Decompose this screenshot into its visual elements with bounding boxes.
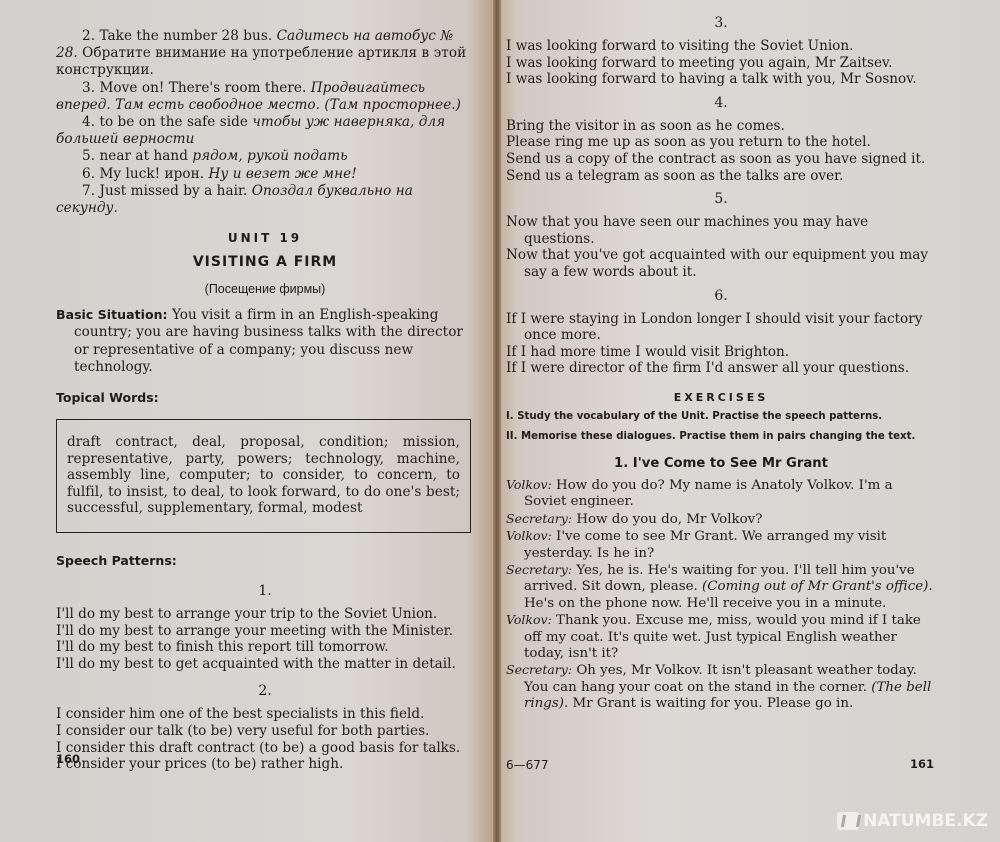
pattern-line: Please ring me up as soon as you return …	[506, 134, 936, 151]
topical-words-box: draft contract, deal, proposal, conditio…	[56, 419, 471, 533]
speech-pattern-group: 6. If I were staying in London longer I …	[506, 287, 936, 377]
topical-words-heading: Topical Words:	[56, 390, 474, 405]
pattern-line: I'll do my best to get acquainted with t…	[56, 656, 474, 673]
basic-situation-label: Basic Situation:	[56, 307, 168, 322]
pattern-line: I consider your prices (to be) rather hi…	[56, 756, 474, 773]
exercises-heading: EXERCISES	[506, 391, 936, 404]
dialogue-line: Volkov: How do you do? My name is Anatol…	[506, 477, 936, 511]
notes-list: 2. Take the number 28 bus. Садитесь на а…	[56, 28, 474, 217]
speech-pattern-group: 3. I was looking forward to visiting the…	[506, 14, 936, 88]
basic-situation: Basic Situation: You visit a firm in an …	[56, 306, 474, 376]
note-item: 6. My luck! ирон. Ну и везет же мне!	[56, 166, 474, 183]
book-spread: 2. Take the number 28 bus. Садитесь на а…	[0, 0, 1000, 842]
left-page: 2. Take the number 28 bus. Садитесь на а…	[0, 0, 497, 842]
pattern-line: I consider this draft contract (to be) a…	[56, 740, 474, 757]
speaker: Volkov:	[506, 477, 552, 492]
dialogue-line: Volkov: I've come to see Mr Grant. We ar…	[506, 528, 936, 562]
topical-words-text: draft contract, deal, proposal, conditio…	[67, 434, 460, 517]
dialogue-line: Secretary: Yes, he is. He's waiting for …	[506, 562, 936, 612]
dialogue-line: Secretary: Oh yes, Mr Volkov. It isn't p…	[506, 662, 936, 712]
pattern-line: Bring the visitor in as soon as he comes…	[506, 118, 936, 135]
note-item: 7. Just missed by a hair. Опоздал буквал…	[56, 183, 474, 217]
pattern-number: 2.	[56, 682, 474, 700]
speech-patterns-heading: Speech Patterns:	[56, 553, 474, 568]
pattern-line: I was looking forward to having a talk w…	[506, 71, 936, 88]
watermark-logo-icon	[837, 812, 859, 830]
book-gutter	[493, 0, 501, 842]
speaker: Volkov:	[506, 528, 552, 543]
pattern-line: I consider him one of the best specialis…	[56, 706, 474, 723]
speaker: Secretary:	[506, 562, 572, 577]
pattern-line: Now that you've got acquainted with our …	[506, 247, 936, 280]
exercise-item: II. Memorise these dialogues. Practise t…	[506, 430, 936, 444]
pattern-line: Now that you have seen our machines you …	[506, 214, 936, 247]
right-page-content: 3. I was looking forward to visiting the…	[506, 14, 936, 713]
watermark-text: NATUMBE.KZ	[863, 811, 988, 831]
unit-subtitle: (Посещение фирмы)	[56, 282, 474, 296]
pattern-line: If I were director of the firm I'd answe…	[506, 360, 936, 377]
speech-pattern-group: 5. Now that you have seen our machines y…	[506, 190, 936, 280]
watermark: NATUMBE.KZ	[837, 811, 988, 831]
speaker: Volkov:	[506, 612, 552, 627]
note-item: 2. Take the number 28 bus. Садитесь на а…	[56, 28, 474, 80]
pattern-number: 1.	[56, 582, 474, 600]
pattern-line: I'll do my best to finish this report ti…	[56, 639, 474, 656]
pattern-number: 4.	[506, 94, 936, 112]
pattern-line: I was looking forward to meeting you aga…	[506, 55, 936, 72]
unit-label: UNIT 19	[56, 231, 474, 245]
speaker: Secretary:	[506, 662, 572, 677]
page-number-right: 161	[910, 757, 934, 771]
pattern-number: 3.	[506, 14, 936, 32]
printer-signature: 6—677	[506, 758, 549, 772]
right-page: 3. I was looking forward to visiting the…	[497, 0, 1000, 842]
pattern-line: Send us a copy of the contract as soon a…	[506, 151, 936, 168]
dialogue: Volkov: How do you do? My name is Anatol…	[506, 477, 936, 713]
dialogue-title: 1. I've Come to See Mr Grant	[506, 456, 936, 471]
note-item: 4. to be on the safe side чтобы уж навер…	[56, 114, 474, 148]
unit-title: VISITING A FIRM	[56, 254, 474, 270]
speech-pattern-group: 1. I'll do my best to arrange your trip …	[56, 582, 474, 672]
dialogue-line: Secretary: How do you do, Mr Volkov?	[506, 511, 936, 528]
dialogue-line: Volkov: Thank you. Excuse me, miss, woul…	[506, 612, 936, 662]
note-item: 3. Move on! There's room there. Продвига…	[56, 80, 474, 114]
stage-direction: (Coming out of Mr Grant's office)	[698, 579, 929, 594]
exercise-item: I. Study the vocabulary of the Unit. Pra…	[506, 410, 936, 424]
pattern-number: 5.	[506, 190, 936, 208]
pattern-line: I consider our talk (to be) very useful …	[56, 723, 474, 740]
pattern-line: If I had more time I would visit Brighto…	[506, 344, 936, 361]
pattern-line: I'll do my best to arrange your meeting …	[56, 623, 474, 640]
speech-pattern-group: 2. I consider him one of the best specia…	[56, 682, 474, 772]
pattern-line: I was looking forward to visiting the So…	[506, 38, 936, 55]
left-page-content: 2. Take the number 28 bus. Садитесь на а…	[56, 28, 474, 773]
pattern-line: If I were staying in London longer I sho…	[506, 311, 936, 344]
note-item: 5. near at hand рядом, рукой подать	[56, 148, 474, 165]
pattern-number: 6.	[506, 287, 936, 305]
speech-pattern-group: 4. Bring the visitor in as soon as he co…	[506, 94, 936, 184]
page-number-left: 160	[56, 752, 80, 766]
pattern-line: I'll do my best to arrange your trip to …	[56, 606, 474, 623]
speaker: Secretary:	[506, 511, 572, 526]
pattern-line: Send us a telegram as soon as the talks …	[506, 168, 936, 185]
